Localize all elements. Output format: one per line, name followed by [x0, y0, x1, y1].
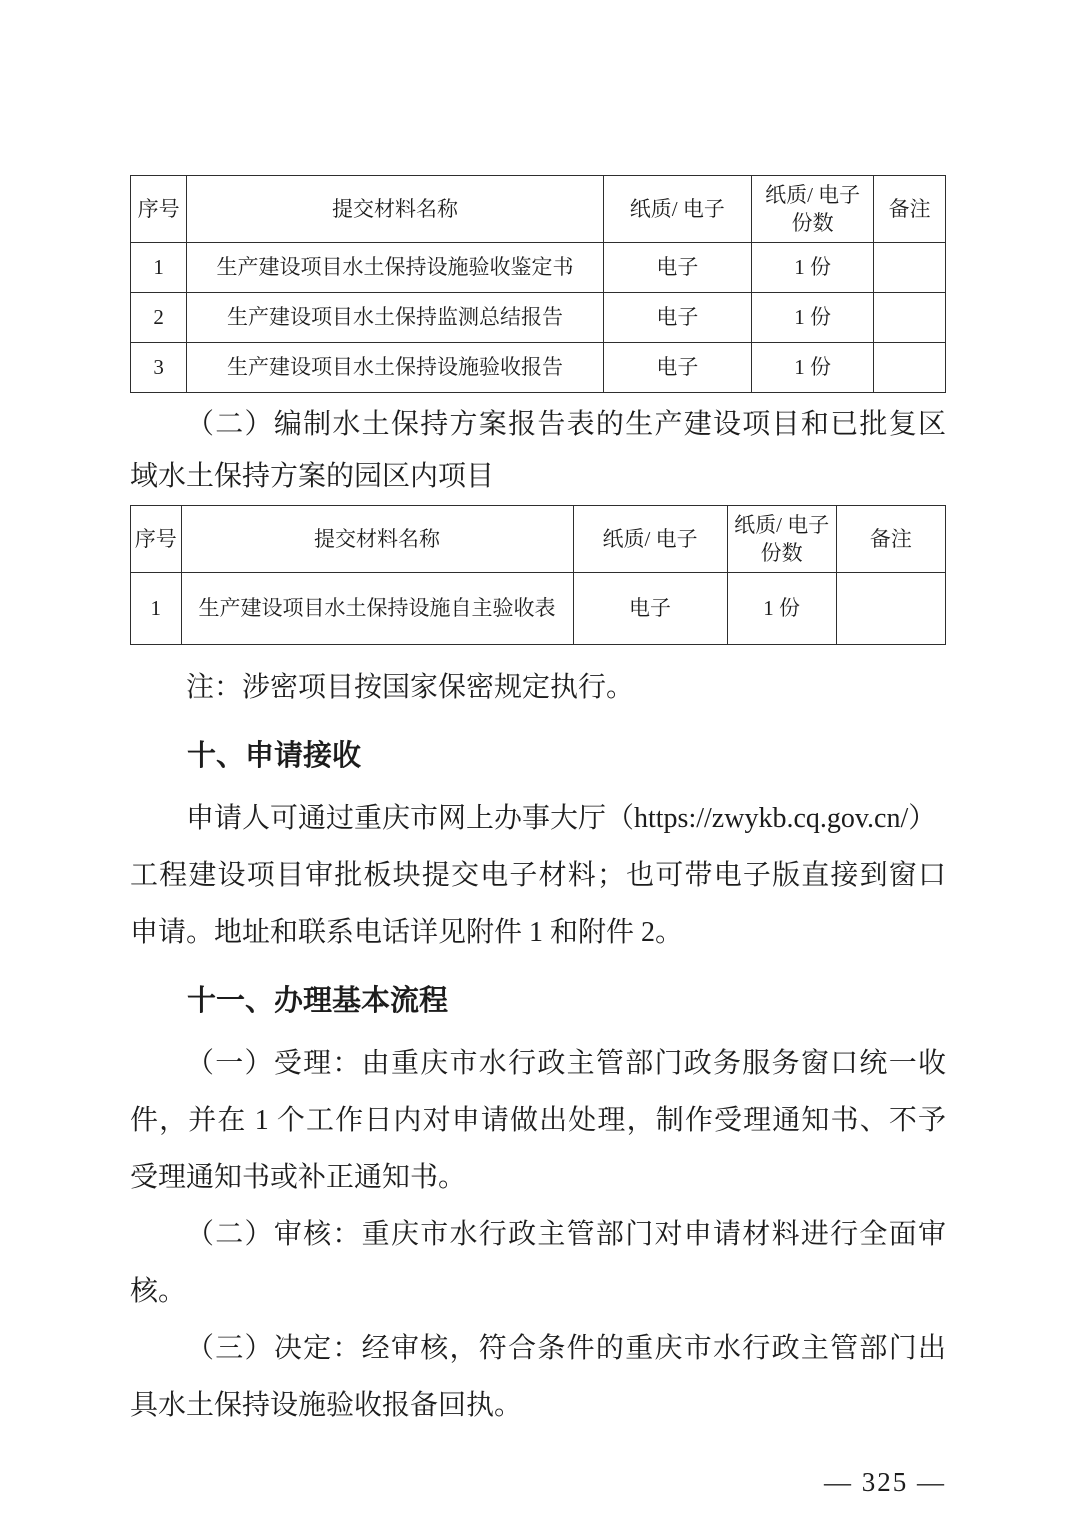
- cell-medium: 电子: [573, 573, 727, 645]
- cell-copies: 1 份: [752, 343, 874, 393]
- header-medium: 纸质/ 电子: [603, 176, 751, 243]
- section-11-heading: 十一、办理基本流程: [130, 973, 946, 1030]
- section-10-line-1: 申请人可通过重庆市网上办事大厅（https://zwykb.cq.gov.cn/…: [130, 790, 946, 847]
- cell-medium: 电子: [603, 243, 751, 293]
- materials-table-2: 序号 提交材料名称 纸质/ 电子 纸质/ 电子 份数 备注 1 生产建设项目水土…: [130, 505, 946, 645]
- section-11a-line-1: （一）受理：由重庆市水行政主管部门政务服务窗口统一收: [130, 1035, 946, 1092]
- section-11-paragraph-2: （二）审核：重庆市水行政主管部门对申请材料进行全面审 核。: [130, 1206, 946, 1320]
- header-copies-line1: 纸质/ 电子: [752, 181, 873, 209]
- section-11c-line-2: 具水土保持设施验收报备回执。: [130, 1377, 946, 1434]
- materials-table-1: 序号 提交材料名称 纸质/ 电子 纸质/ 电子 份数 备注 1 生产建设项目水土…: [130, 175, 946, 393]
- section-11a-line-2: 件，并在 1 个工作日内对申请做出处理，制作受理通知书、不予: [130, 1092, 946, 1149]
- cell-remarks: [874, 293, 946, 343]
- section-11-paragraph-3: （三）决定：经审核，符合条件的重庆市水行政主管部门出 具水土保持设施验收报备回执…: [130, 1320, 946, 1434]
- cell-remarks: [874, 243, 946, 293]
- cell-material-name: 生产建设项目水土保持设施验收鉴定书: [187, 243, 603, 293]
- table-row: 1 生产建设项目水土保持设施验收鉴定书 电子 1 份: [131, 243, 946, 293]
- cell-index: 1: [131, 573, 182, 645]
- header-copies: 纸质/ 电子 份数: [752, 176, 874, 243]
- section-2-intro-line-1: （二）编制水土保持方案报告表的生产建设项目和已批复区: [130, 399, 946, 451]
- header-material-name: 提交材料名称: [181, 506, 573, 573]
- header-copies-line2: 份数: [752, 209, 873, 237]
- header-medium: 纸质/ 电子: [573, 506, 727, 573]
- header-remarks: 备注: [836, 506, 945, 573]
- cell-copies: 1 份: [727, 573, 836, 645]
- table-row: 3 生产建设项目水土保持设施验收报告 电子 1 份: [131, 343, 946, 393]
- section-2-intro-line-2: 域水土保持方案的园区内项目: [130, 451, 946, 503]
- cell-material-name: 生产建设项目水土保持设施验收报告: [187, 343, 603, 393]
- table-row: 1 生产建设项目水土保持设施自主验收表 电子 1 份: [131, 573, 946, 645]
- header-copies-line1: 纸质/ 电子: [728, 511, 836, 539]
- section-11b-line-1: （二）审核：重庆市水行政主管部门对申请材料进行全面审: [130, 1206, 946, 1263]
- header-copies-line2: 份数: [728, 539, 836, 567]
- section-10-line-2: 工程建设项目审批板块提交电子材料；也可带电子版直接到窗口: [130, 847, 946, 904]
- table-row: 2 生产建设项目水土保持监测总结报告 电子 1 份: [131, 293, 946, 343]
- document-page: 序号 提交材料名称 纸质/ 电子 纸质/ 电子 份数 备注 1 生产建设项目水土…: [0, 0, 1074, 1498]
- table-header-row: 序号 提交材料名称 纸质/ 电子 纸质/ 电子 份数 备注: [131, 176, 946, 243]
- table-header-row: 序号 提交材料名称 纸质/ 电子 纸质/ 电子 份数 备注: [131, 506, 946, 573]
- section-11b-line-2: 核。: [130, 1263, 946, 1320]
- page-number: — 325 —: [130, 1466, 946, 1498]
- cell-remarks: [836, 573, 945, 645]
- header-copies: 纸质/ 电子 份数: [727, 506, 836, 573]
- cell-medium: 电子: [603, 293, 751, 343]
- cell-material-name: 生产建设项目水土保持监测总结报告: [187, 293, 603, 343]
- cell-medium: 电子: [603, 343, 751, 393]
- header-index: 序号: [131, 176, 187, 243]
- section-11a-line-3: 受理通知书或补正通知书。: [130, 1149, 946, 1206]
- cell-index: 1: [131, 243, 187, 293]
- section-10-paragraph: 申请人可通过重庆市网上办事大厅（https://zwykb.cq.gov.cn/…: [130, 790, 946, 961]
- header-index: 序号: [131, 506, 182, 573]
- cell-index: 2: [131, 293, 187, 343]
- section-2-intro: （二）编制水土保持方案报告表的生产建设项目和已批复区 域水土保持方案的园区内项目: [130, 399, 946, 503]
- cell-copies: 1 份: [752, 293, 874, 343]
- cell-copies: 1 份: [752, 243, 874, 293]
- cell-material-name: 生产建设项目水土保持设施自主验收表: [181, 573, 573, 645]
- section-10-heading: 十、申请接收: [130, 728, 946, 785]
- section-11-paragraph-1: （一）受理：由重庆市水行政主管部门政务服务窗口统一收 件，并在 1 个工作日内对…: [130, 1035, 946, 1206]
- header-material-name: 提交材料名称: [187, 176, 603, 243]
- section-11c-line-1: （三）决定：经审核，符合条件的重庆市水行政主管部门出: [130, 1320, 946, 1377]
- section-10-line-3: 申请。地址和联系电话详见附件 1 和附件 2。: [130, 904, 946, 961]
- cell-remarks: [874, 343, 946, 393]
- secrecy-note: 注：涉密项目按国家保密规定执行。: [130, 659, 946, 716]
- header-remarks: 备注: [874, 176, 946, 243]
- cell-index: 3: [131, 343, 187, 393]
